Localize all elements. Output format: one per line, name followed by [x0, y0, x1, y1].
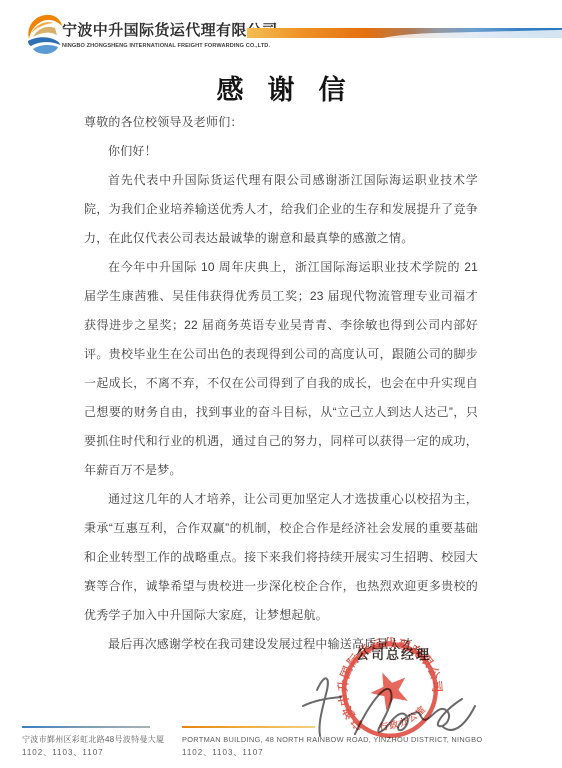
company-name-cn: 宁波中升国际货运代理有限公司	[62, 19, 248, 40]
company-name-block: 宁波中升国际货运代理有限公司 NINGBO ZHONGSHENG INTERNA…	[62, 19, 248, 49]
company-name-en: NINGBO ZHONGSHENG INTERNATIONAL FREIGHT …	[62, 43, 248, 49]
paragraph: 首先代表中升国际货运代理有限公司感谢浙江国际海运职业技术学院，为我们企业培养输送…	[84, 166, 478, 253]
page-title: 感谢信	[12, 68, 562, 107]
address-cn-line: 宁波市鄞州区彩虹北路48号波特曼大厦	[22, 733, 172, 746]
paragraph: 通过这几年的人才培养，让公司更加坚定人才选拔重心以校招为主，秉承“互惠互利，合作…	[84, 485, 478, 630]
address-cn-rooms: 1102、1103、1107	[22, 746, 172, 759]
paragraph: 你们好！	[84, 137, 478, 166]
footer-rule-blue	[22, 726, 150, 728]
gradient-bar-swoosh	[357, 29, 562, 38]
header-gradient-bar	[247, 28, 562, 38]
company-logo-icon	[25, 13, 63, 55]
paragraph: 在今年中升国际 10 周年庆典上，浙江国际海运职业技术学院的 21 届学生康茜雅…	[84, 253, 478, 485]
letter-body: 尊敬的各位校领导及老师们： 你们好！ 首先代表中升国际货运代理有限公司感谢浙江国…	[84, 108, 478, 659]
salutation: 尊敬的各位校领导及老师们：	[84, 108, 478, 137]
letter-page: 宁波中升国际货运代理有限公司 NINGBO ZHONGSHENG INTERNA…	[0, 0, 562, 768]
footer-address-cn: 宁波市鄞州区彩虹北路48号波特曼大厦 1102、1103、1107	[22, 726, 172, 759]
handwritten-signature	[295, 648, 485, 758]
